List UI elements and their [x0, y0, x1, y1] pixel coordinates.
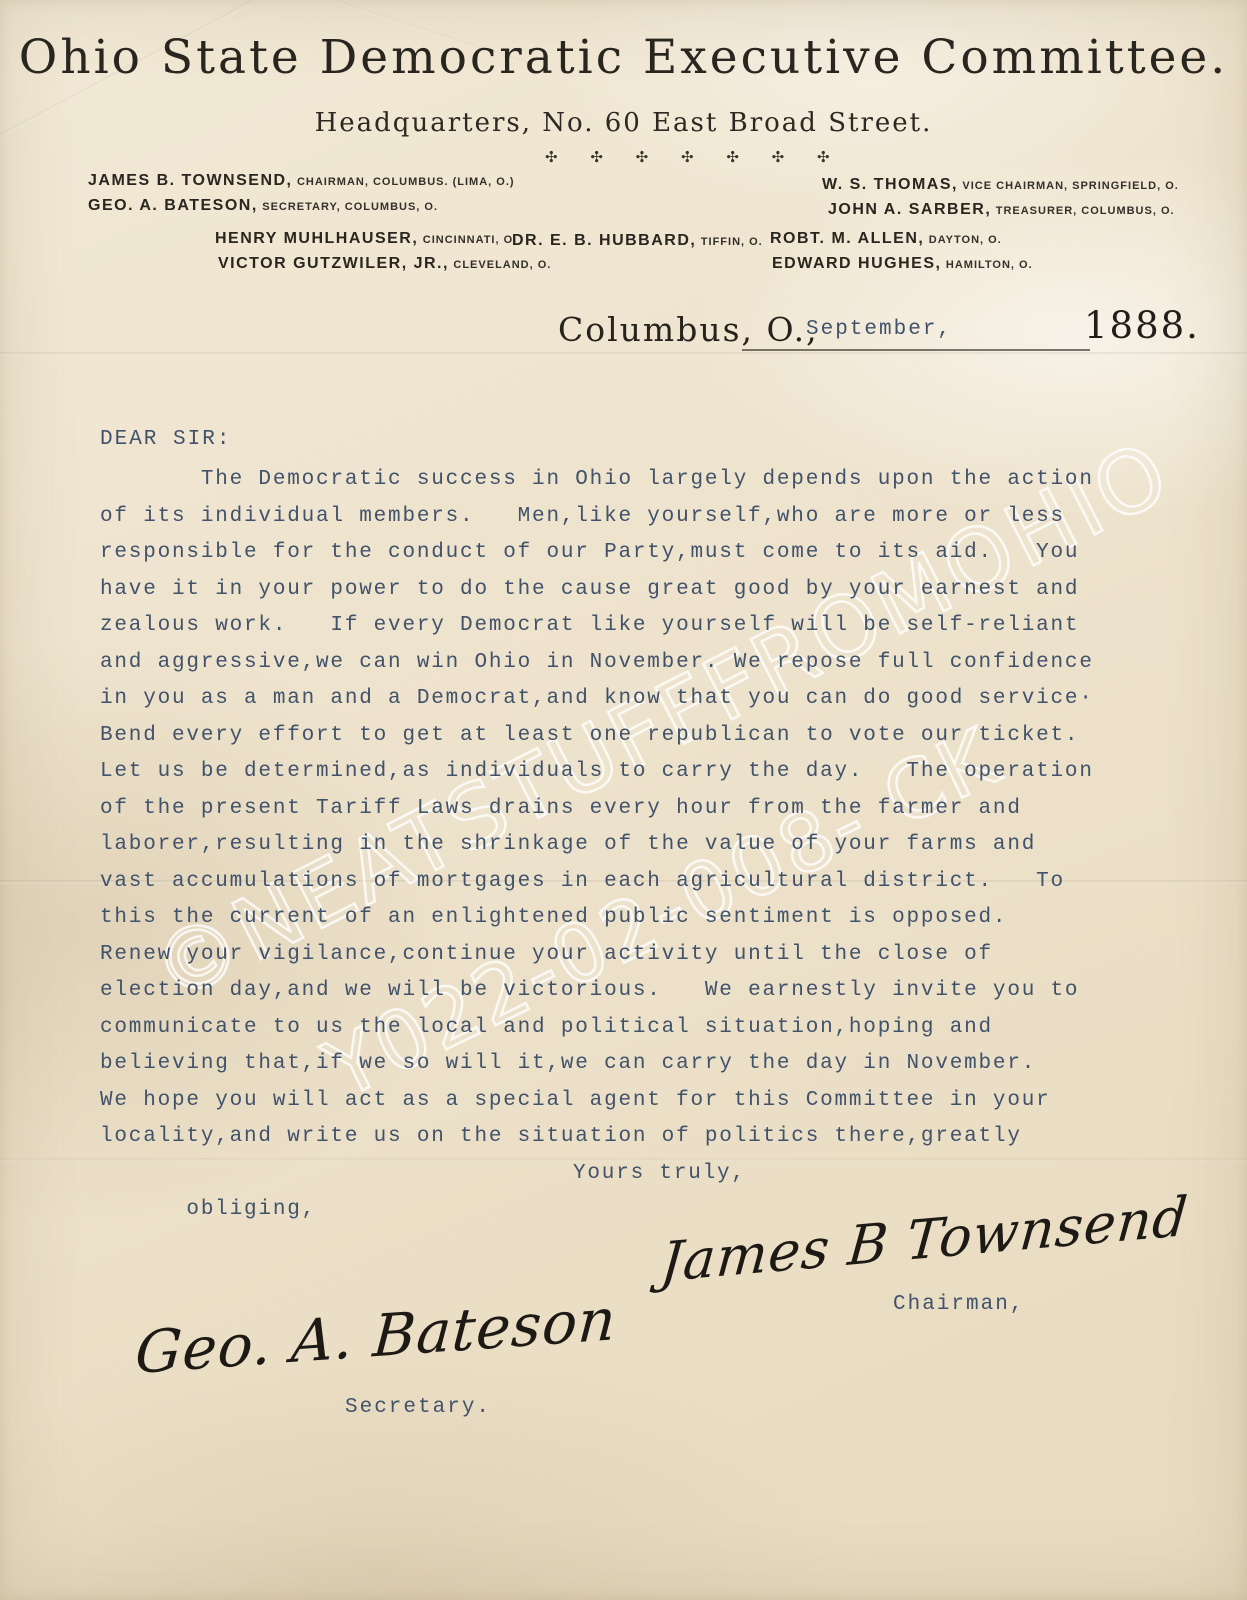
officer-detail: Chairman, Columbus. (Lima, O.): [297, 176, 515, 188]
obliging-text: obliging,: [186, 1198, 316, 1221]
member-hughes: Edward Hughes, Hamilton, O.: [772, 255, 1033, 273]
body-line: have it in your power to do the cause gr…: [100, 572, 1160, 609]
officer-name: Geo. A. Bateson,: [88, 197, 258, 214]
officer-name: John A. Sarber,: [828, 201, 991, 218]
officer-chairman: James B. Townsend, Chairman, Columbus. (…: [88, 172, 515, 190]
body-line-last: obliging, Yours truly,: [100, 1156, 1160, 1193]
dateline-place: Columbus, O.,: [558, 310, 819, 349]
body-line: of its individual members. Men,like your…: [100, 499, 1160, 536]
body-line: election day,and we will be victorious. …: [100, 973, 1160, 1010]
member-detail: Tiffin, O.: [701, 236, 763, 248]
committee-title: Ohio State Democratic Executive Committe…: [0, 30, 1247, 85]
body-line: believing that,if we so will it,we can c…: [100, 1046, 1160, 1083]
officer-detail: Vice Chairman, Springfield, O.: [962, 180, 1178, 192]
dateline-month: September,: [806, 318, 952, 341]
member-name: Victor Gutzwiler, Jr.,: [218, 255, 449, 272]
letter-body: The Democratic success in Ohio largely d…: [100, 462, 1160, 1192]
dateline-year: 1888.: [1084, 304, 1200, 347]
headquarters-address: Headquarters, No. 60 East Broad Street.: [0, 108, 1247, 138]
member-name: Edward Hughes,: [772, 255, 941, 272]
officer-detail: Secretary, Columbus, O.: [262, 201, 438, 213]
member-name: Dr. E. B. Hubbard,: [512, 232, 696, 249]
member-detail: Hamilton, O.: [946, 259, 1033, 271]
body-line: locality,and write us on the situation o…: [100, 1119, 1160, 1156]
body-line: Let us be determined,as individuals to c…: [100, 754, 1160, 791]
dateline-rule: [742, 349, 1090, 351]
body-line: this the current of an enlightened publi…: [100, 900, 1160, 937]
officer-vice-chairman: W. S. Thomas, Vice Chairman, Springfield…: [822, 176, 1179, 194]
body-line: zealous work. If every Democrat like you…: [100, 608, 1160, 645]
closing-phrase: Yours truly,: [573, 1156, 746, 1193]
letter-page: ©NEATSTUFFFROMOHIO Y022-02-008- CK Ohio …: [0, 0, 1247, 1600]
officer-detail: Treasurer, Columbus, O.: [996, 205, 1175, 217]
body-line: and aggressive,we can win Ohio in Novemb…: [100, 645, 1160, 682]
member-detail: Cleveland, O.: [453, 259, 551, 271]
body-line: The Democratic success in Ohio largely d…: [100, 462, 1160, 499]
secretary-signature: Geo. A. Bateson: [133, 1285, 619, 1387]
member-hubbard: Dr. E. B. Hubbard, Tiffin, O.: [512, 232, 763, 250]
secretary-title: Secretary.: [345, 1396, 491, 1419]
member-gutzwiler: Victor Gutzwiler, Jr., Cleveland, O.: [218, 255, 551, 273]
body-line: responsible for the conduct of our Party…: [100, 535, 1160, 572]
body-line: Renew your vigilance,continue your activ…: [100, 937, 1160, 974]
member-allen: Robt. M. Allen, Dayton, O.: [770, 230, 1002, 248]
member-detail: Cincinnati, O: [423, 234, 513, 246]
officer-name: W. S. Thomas,: [822, 176, 958, 193]
member-muhlhauser: Henry Muhlhauser, Cincinnati, O: [215, 230, 513, 248]
chairman-signature: James B Townsend: [658, 1185, 1191, 1295]
body-line: in you as a man and a Democrat,and know …: [100, 681, 1160, 718]
body-line: of the present Tariff Laws drains every …: [100, 791, 1160, 828]
member-name: Henry Muhlhauser,: [215, 230, 418, 247]
fold-crease: [0, 352, 1247, 356]
member-detail: Dayton, O.: [929, 234, 1002, 246]
officer-name: James B. Townsend,: [88, 172, 293, 189]
body-line: vast accumulations of mortgages in each …: [100, 864, 1160, 901]
member-name: Robt. M. Allen,: [770, 230, 924, 247]
body-line: We hope you will act as a special agent …: [100, 1083, 1160, 1120]
body-line: communicate to us the local and politica…: [100, 1010, 1160, 1047]
officer-treasurer: John A. Sarber, Treasurer, Columbus, O.: [828, 201, 1175, 219]
body-line: laborer,resulting in the shrinkage of th…: [100, 827, 1160, 864]
salutation: DEAR SIR:: [100, 428, 231, 451]
officer-secretary: Geo. A. Bateson, Secretary, Columbus, O.: [88, 197, 438, 215]
ornament-row: ✣ ✣ ✣ ✣ ✣ ✣ ✣: [545, 148, 835, 166]
chairman-title: Chairman,: [893, 1293, 1024, 1316]
body-line: Bend every effort to get at least one re…: [100, 718, 1160, 755]
